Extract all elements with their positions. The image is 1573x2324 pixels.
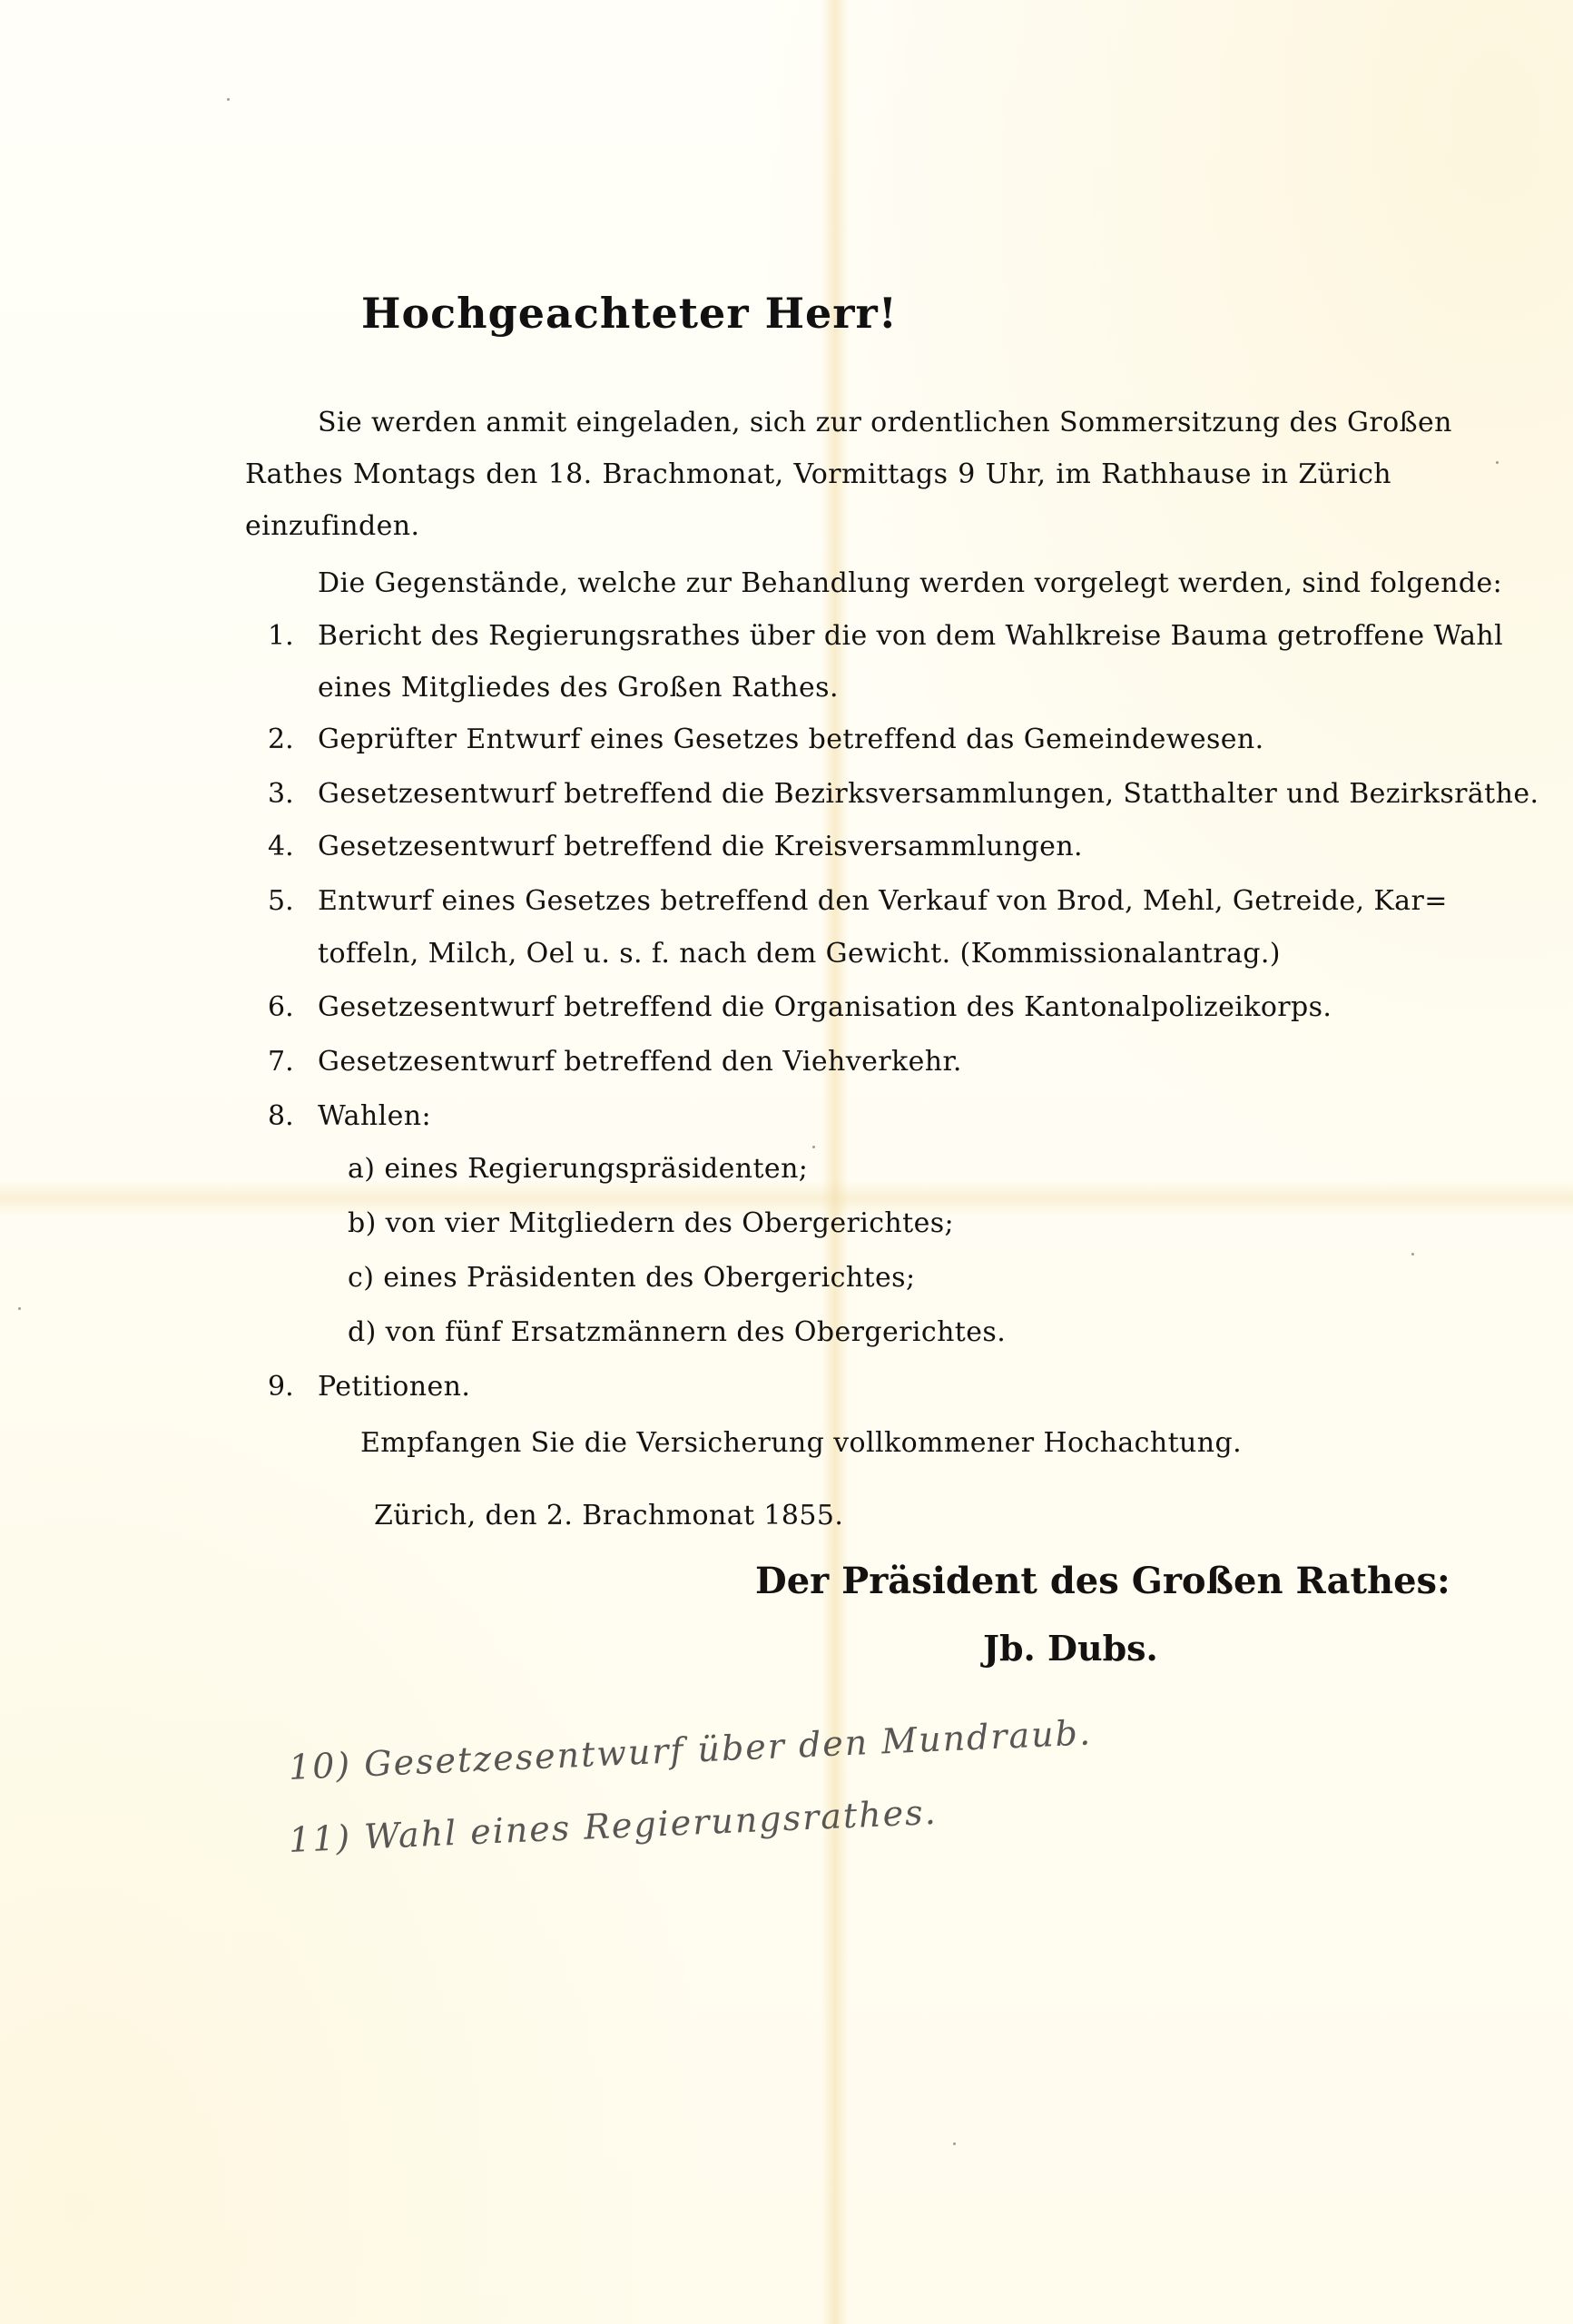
- agenda-number-2: 2.: [268, 724, 294, 755]
- intro-line-3: einzufinden.: [245, 510, 419, 542]
- paper-speck: [1411, 1253, 1414, 1256]
- paper-speck: [812, 1146, 815, 1148]
- election-item-b: b) von vier Mitgliedern des Obergerichte…: [348, 1207, 954, 1239]
- agenda-intro: Die Gegenstände, welche zur Behandlung w…: [318, 567, 1391, 599]
- agenda-item-1-line-1: Bericht des Regierungsrathes über die vo…: [318, 620, 1391, 652]
- agenda-number-4: 4.: [268, 831, 294, 862]
- agenda-item-4: Gesetzesentwurf betreffend die Kreisvers…: [318, 831, 1083, 862]
- agenda-number-5: 5.: [268, 885, 294, 917]
- agenda-item-2: Geprüfter Entwurf eines Gesetzes betreff…: [318, 724, 1264, 755]
- agenda-item-5-line-2: toffeln, Milch, Oel u. s. f. nach dem Ge…: [318, 938, 1281, 970]
- intro-line-2: Rathes Montags den 18. Brachmonat, Vormi…: [245, 458, 1391, 490]
- paper-speck: [227, 98, 230, 101]
- agenda-number-6: 6.: [268, 991, 294, 1023]
- signature-title: Der Präsident des Großen Rathes:: [755, 1560, 1450, 1602]
- agenda-number-7: 7.: [268, 1046, 294, 1078]
- election-item-d: d) von fünf Ersatzmännern des Obergerich…: [348, 1316, 1006, 1348]
- agenda-number-1: 1.: [268, 620, 294, 652]
- salutation-heading: Hochgeachteter Herr!: [361, 289, 898, 338]
- agenda-item-1-line-2: eines Mitgliedes des Großen Rathes.: [318, 672, 839, 704]
- election-item-a: a) eines Regierungspräsidenten;: [348, 1153, 808, 1185]
- closing-line: Empfangen Sie die Versicherung vollkomme…: [360, 1427, 1242, 1459]
- agenda-number-3: 3.: [268, 778, 294, 810]
- paper-speck: [953, 2142, 956, 2145]
- election-item-c: c) eines Präsidenten des Obergerichtes;: [348, 1262, 915, 1294]
- agenda-item-5-line-1: Entwurf eines Gesetzes betreffend den Ve…: [318, 885, 1391, 917]
- agenda-item-8: Wahlen:: [318, 1100, 431, 1132]
- place-date: Zürich, den 2. Brachmonat 1855.: [374, 1500, 843, 1531]
- agenda-item-6: Gesetzesentwurf betreffend die Organisat…: [318, 991, 1332, 1023]
- vertical-fold-line: [821, 0, 849, 2324]
- agenda-number-8: 8.: [268, 1100, 294, 1132]
- paper-speck: [1496, 461, 1499, 464]
- agenda-number-9: 9.: [268, 1371, 294, 1403]
- agenda-item-9: Petitionen.: [318, 1371, 470, 1403]
- agenda-item-3: Gesetzesentwurf betreffend die Bezirksve…: [318, 778, 1391, 810]
- paper-speck: [18, 1307, 21, 1310]
- signature-name: Jb. Dubs.: [983, 1628, 1158, 1669]
- agenda-item-7: Gesetzesentwurf betreffend den Viehverke…: [318, 1046, 962, 1078]
- intro-line-1: Sie werden anmit eingeladen, sich zur or…: [318, 407, 1391, 438]
